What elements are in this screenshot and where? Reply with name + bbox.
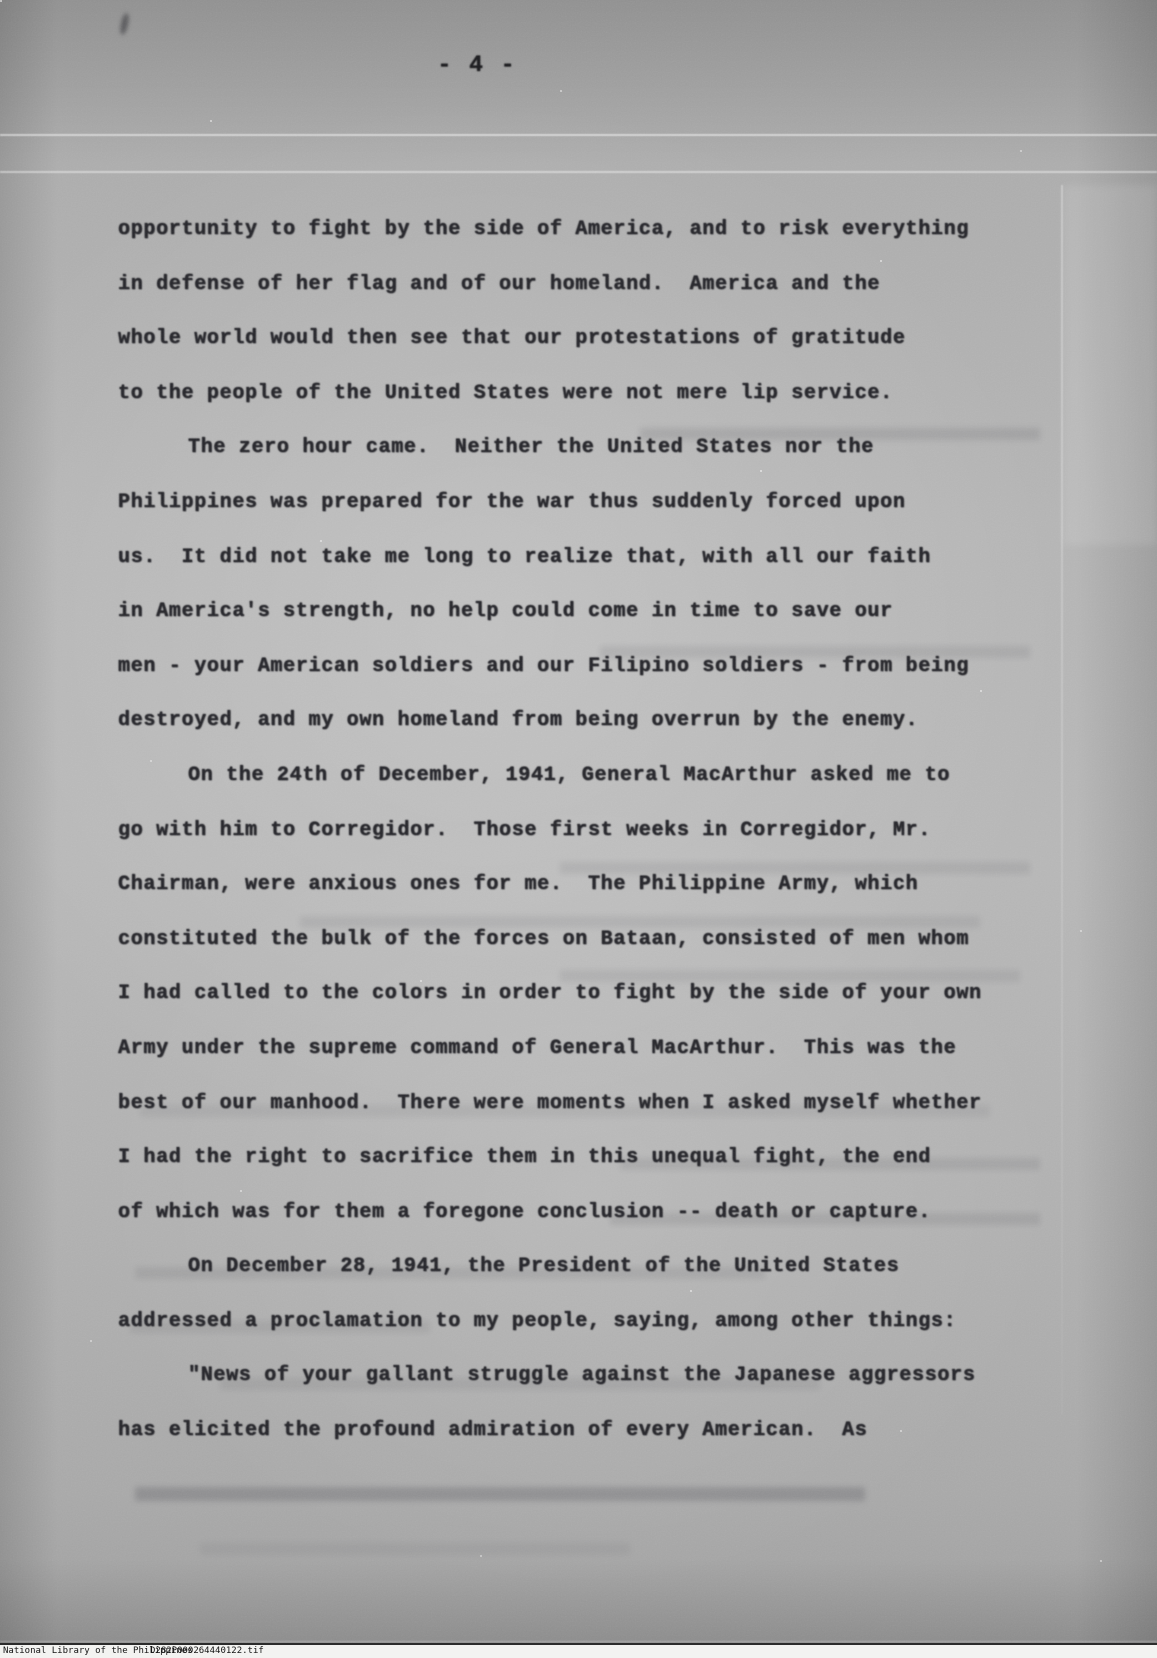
typewritten-text-block: opportunity to fight by the side of Amer…: [118, 203, 1058, 1459]
document-line: I had the right to sacrifice them in thi…: [118, 1131, 1058, 1186]
scan-streak: [0, 134, 1157, 136]
document-line: Chairman, were anxious ones for me. The …: [118, 858, 1058, 913]
document-line: Army under the supreme command of Genera…: [118, 1022, 1058, 1077]
document-line: whole world would then see that our prot…: [118, 312, 1058, 367]
bleed-through-text: [200, 1543, 630, 1555]
page-fold-line: [1061, 185, 1063, 1415]
scanned-document-page: { "document": { "page_number": "- 4 -", …: [0, 0, 1157, 1658]
document-line: of which was for them a foregone conclus…: [118, 1186, 1058, 1241]
scan-streak: [0, 1641, 1157, 1642]
scan-filename: D282P000264440122.tif: [150, 1645, 264, 1658]
document-line: destroyed, and my own homeland from bein…: [118, 694, 1058, 749]
document-line: constituted the bulk of the forces on Ba…: [118, 913, 1058, 968]
document-line: to the people of the United States were …: [118, 367, 1058, 422]
document-line: On the 24th of December, 1941, General M…: [118, 749, 1058, 804]
document-line: in America's strength, no help could com…: [118, 585, 1058, 640]
document-line: opportunity to fight by the side of Amer…: [118, 203, 1058, 258]
document-line: has elicited the profound admiration of …: [118, 1404, 1058, 1459]
document-line: Philippines was prepared for the war thu…: [118, 476, 1058, 531]
scan-footer-bar: National Library of the Philippines D282…: [0, 1645, 1157, 1658]
document-line: addressed a proclamation to my people, s…: [118, 1295, 1058, 1350]
scan-streak: [0, 171, 1157, 173]
bleed-through-text: [135, 1487, 865, 1501]
document-line: I had called to the colors in order to f…: [118, 967, 1058, 1022]
document-line: men - your American soldiers and our Fil…: [118, 640, 1058, 695]
document-line: go with him to Corregidor. Those first w…: [118, 804, 1058, 859]
document-line: in defense of her flag and of our homela…: [118, 258, 1058, 313]
document-line: best of our manhood. There were moments …: [118, 1077, 1058, 1132]
document-line: The zero hour came. Neither the United S…: [118, 421, 1058, 476]
document-line: "News of your gallant struggle against t…: [118, 1349, 1058, 1404]
dust-specks: [0, 0, 2, 2]
paper-edge-highlight: [1063, 185, 1157, 545]
document-line: us. It did not take me long to realize t…: [118, 531, 1058, 586]
document-line: On December 28, 1941, the President of t…: [118, 1240, 1058, 1295]
page-number: - 4 -: [392, 52, 562, 78]
